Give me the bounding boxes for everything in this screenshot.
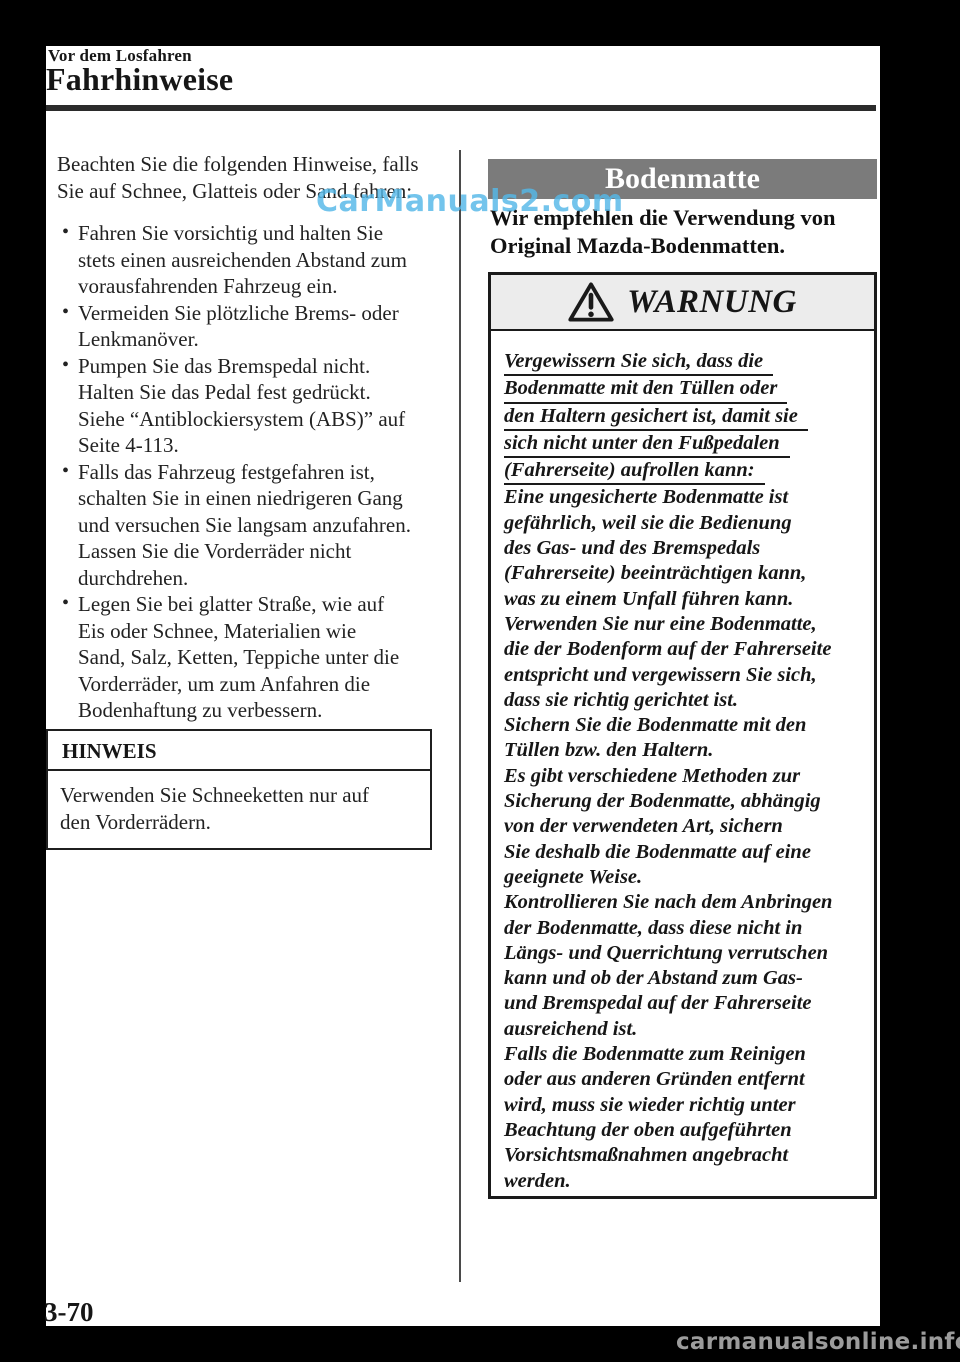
text-line: Beachtung der oben aufgeführten xyxy=(504,1118,866,1143)
text-line: Sand, Salz, Ketten, Teppiche unter die xyxy=(78,644,457,671)
text-line: Kontrollieren Sie nach dem Anbringen xyxy=(504,890,866,915)
text-line: des Gas- und des Bremspedals xyxy=(504,536,866,561)
text-line: Vermeiden Sie plötzliche Brems- oder xyxy=(78,300,457,327)
text-line: wird, muss sie wieder richtig unter xyxy=(504,1093,866,1118)
list-item: • Fahren Sie vorsichtig und halten Siest… xyxy=(57,220,457,300)
text-line: Bodenhaftung zu verbessern. xyxy=(78,697,457,724)
list-item-text: Vermeiden Sie plötzliche Brems- oderLenk… xyxy=(78,300,457,353)
text-line: stets einen ausreichenden Abstand zum xyxy=(78,247,457,274)
text-line: Längs- und Querrichtung verrutschen xyxy=(504,941,866,966)
title-rule xyxy=(46,105,876,111)
text-line: und Bremspedal auf der Fahrerseite xyxy=(504,991,866,1016)
text-line: Legen Sie bei glatter Straße, wie auf xyxy=(78,591,457,618)
text-line: Seite 4-113. xyxy=(78,432,457,459)
bullet-icon: • xyxy=(62,458,69,485)
text-line: Fahren Sie vorsichtig und halten Sie xyxy=(78,220,457,247)
text-line: schalten Sie in einen niedrigeren Gang xyxy=(78,485,457,512)
text-line: und versuchen Sie langsam anzufahren. xyxy=(78,512,457,539)
driving-tips-list: • Fahren Sie vorsichtig und halten Siest… xyxy=(57,220,457,724)
note-box-title: HINWEIS xyxy=(48,731,430,771)
text-line: Sie deshalb die Bodenmatte auf eine xyxy=(504,840,866,865)
list-item: • Vermeiden Sie plötzliche Brems- oderLe… xyxy=(57,300,457,353)
text-line: geeignete Weise. xyxy=(504,865,866,890)
text-line: was zu einem Unfall führen kann. xyxy=(504,587,866,612)
text-line: Pumpen Sie das Bremspedal nicht. xyxy=(78,353,457,380)
text-line: Halten Sie das Pedal fest gedrückt. xyxy=(78,379,457,406)
text-line: gefährlich, weil sie die Bedienung xyxy=(504,511,866,536)
bullet-icon: • xyxy=(62,590,69,617)
text-line: Vergewissern Sie sich, dass die xyxy=(504,349,773,376)
text-line: Verwenden Sie Schneeketten nur auf xyxy=(60,782,416,809)
text-line: Original Mazda-Bodenmatten. xyxy=(490,232,835,260)
text-line: Sichern Sie die Bodenmatte mit den xyxy=(504,713,866,738)
list-item-text: Falls das Fahrzeug festgefahren ist,scha… xyxy=(78,459,457,592)
list-item-text: Fahren Sie vorsichtig und halten Siestet… xyxy=(78,220,457,300)
text-line: Bodenmatte mit den Tüllen oder xyxy=(504,376,787,403)
text-line: Vorsichtsmaßnahmen angebracht xyxy=(504,1143,866,1168)
text-line: Falls das Fahrzeug festgefahren ist, xyxy=(78,459,457,486)
text-line: Es gibt verschiedene Methoden zur xyxy=(504,764,866,789)
text-line: Falls die Bodenmatte zum Reinigen xyxy=(504,1042,866,1067)
text-line: Beachten Sie die folgenden Hinweise, fal… xyxy=(57,151,419,178)
warning-title: WARNUNG xyxy=(627,284,797,321)
manual-page: Vor dem Losfahren Fahrhinweise Beachten … xyxy=(46,46,880,1326)
text-line: Tüllen bzw. den Haltern. xyxy=(504,738,866,763)
text-line: Eine ungesicherte Bodenmatte ist xyxy=(504,485,866,510)
warning-text: Eine ungesicherte Bodenmatte istgefährli… xyxy=(504,485,866,1193)
list-item-text: Pumpen Sie das Bremspedal nicht.Halten S… xyxy=(78,353,457,459)
text-line: Lassen Sie die Vorderräder nicht xyxy=(78,538,457,565)
note-box-text: Verwenden Sie Schneeketten nur aufden Vo… xyxy=(48,771,430,848)
text-line: kann und ob der Abstand zum Gas- xyxy=(504,966,866,991)
text-line: Siehe “Antiblockiersystem (ABS)” auf xyxy=(78,406,457,433)
text-line: den Vorderrädern. xyxy=(60,809,416,836)
text-line: Lenkmanöver. xyxy=(78,326,457,353)
note-box: HINWEIS Verwenden Sie Schneeketten nur a… xyxy=(46,729,432,850)
page-title: Fahrhinweise xyxy=(46,62,233,96)
text-line: (Fahrerseite) aufrollen kann: xyxy=(504,458,765,485)
text-line: der Bodenmatte, dass diese nicht in xyxy=(504,916,866,941)
column-divider xyxy=(459,150,461,1282)
page-number: 3-70 xyxy=(44,1297,94,1327)
text-line: von der verwendeten Art, sichern xyxy=(504,814,866,839)
text-line: durchdrehen. xyxy=(78,565,457,592)
text-line: entspricht und vergewissern Sie sich, xyxy=(504,663,866,688)
text-line: sich nicht unter den Fußpedalen xyxy=(504,431,790,458)
bullet-icon: • xyxy=(62,299,69,326)
text-line: dass sie richtig gerichtet ist. xyxy=(504,688,866,713)
section-title: Bodenmatte xyxy=(605,159,760,199)
warning-emphasized-text: Vergewissern Sie sich, dass dieBodenmatt… xyxy=(504,349,866,485)
list-item: • Pumpen Sie das Bremspedal nicht.Halten… xyxy=(57,353,457,459)
text-line: werden. xyxy=(504,1169,866,1194)
text-line: Eis oder Schnee, Materialien wie xyxy=(78,618,457,645)
text-line: ausreichend ist. xyxy=(504,1017,866,1042)
scanned-manual-screenshot: Vor dem Losfahren Fahrhinweise Beachten … xyxy=(0,0,960,1362)
text-line: Verwenden Sie nur eine Bodenmatte, xyxy=(504,612,866,637)
watermark-carmanuals2: CarManuals2.com xyxy=(316,184,624,219)
text-line: oder aus anderen Gründen entfernt xyxy=(504,1067,866,1092)
warning-header: WARNUNG xyxy=(491,275,874,331)
bullet-icon: • xyxy=(62,352,69,379)
watermark-carmanualsonline: carmanualsonline.info xyxy=(676,1329,960,1355)
list-item-text: Legen Sie bei glatter Straße, wie aufEis… xyxy=(78,591,457,724)
text-line: die der Bodenform auf der Fahrerseite xyxy=(504,637,866,662)
warning-triangle-icon xyxy=(568,282,614,322)
text-line: vorausfahrenden Fahrzeug ein. xyxy=(78,273,457,300)
text-line: (Fahrerseite) beeinträchtigen kann, xyxy=(504,561,866,586)
warning-body: Vergewissern Sie sich, dass dieBodenmatt… xyxy=(491,331,874,1194)
text-line: Sicherung der Bodenmatte, abhängig xyxy=(504,789,866,814)
list-item: • Falls das Fahrzeug festgefahren ist,sc… xyxy=(57,459,457,592)
warning-box: WARNUNG Vergewissern Sie sich, dass dieB… xyxy=(488,272,877,1199)
text-line: Vorderräder, um zum Anfahren die xyxy=(78,671,457,698)
text-line: den Haltern gesichert ist, damit sie xyxy=(504,404,808,431)
list-item: • Legen Sie bei glatter Straße, wie aufE… xyxy=(57,591,457,724)
bullet-icon: • xyxy=(62,219,69,246)
